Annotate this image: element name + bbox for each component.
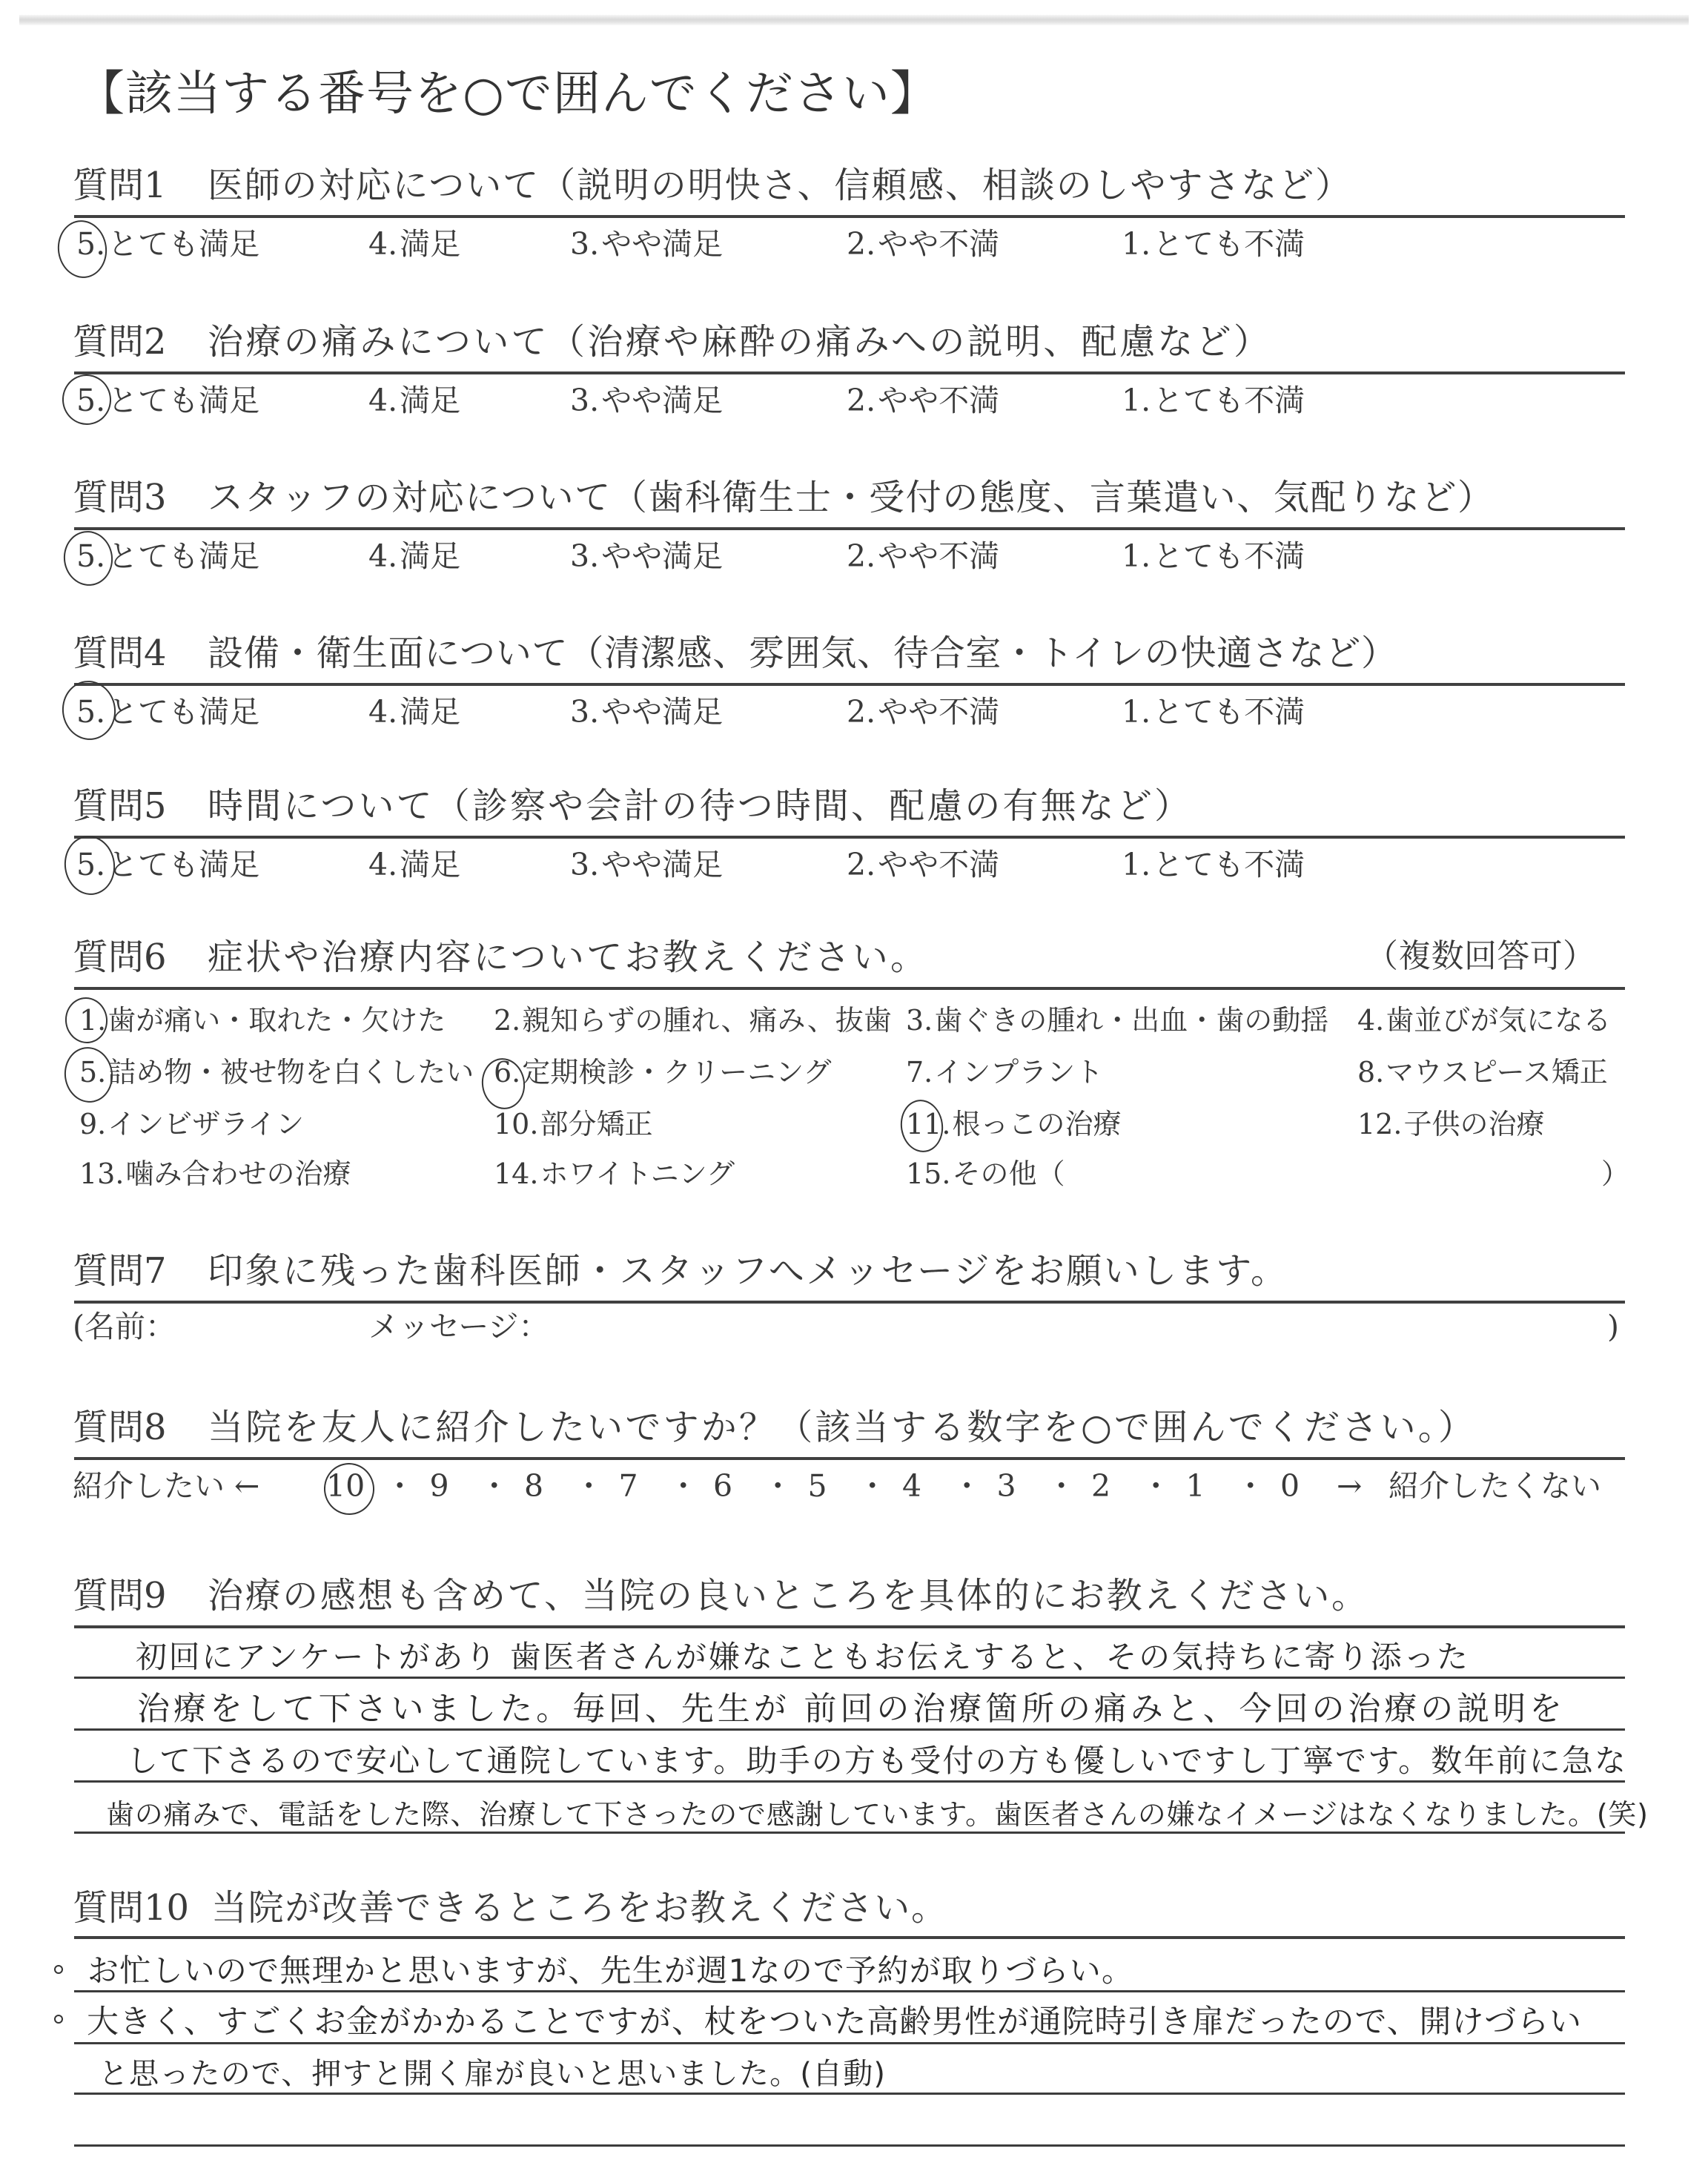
- symptom-option[interactable]: 12.子供の治療: [1357, 1110, 1544, 1138]
- option-label: 噛み合わせの治療: [125, 1157, 351, 1190]
- scale-value[interactable]: 9: [421, 1471, 458, 1502]
- name-label: (名前：: [73, 1312, 176, 1342]
- option-label: やや不満: [878, 847, 999, 882]
- option-label: やや不満: [878, 226, 999, 262]
- option-number: 4.: [368, 226, 397, 262]
- option-label: 満足: [400, 538, 460, 574]
- symptom-option[interactable]: 4.歯並びが気になる: [1357, 1006, 1611, 1034]
- scale-value[interactable]: 10: [326, 1471, 363, 1502]
- option-number: 5.: [76, 847, 105, 882]
- symptom-option-other[interactable]: 15.その他（: [906, 1160, 1065, 1188]
- scale-separator: ・: [857, 1471, 872, 1502]
- option-number: 5.: [76, 383, 105, 418]
- option-number: 8.: [1357, 1056, 1384, 1089]
- handwritten-answer-line[interactable]: お忙しいので無理かと思いますが、先生が週1なので予約が取りづらい。: [87, 1955, 1133, 1986]
- scale-separator: ・: [668, 1471, 683, 1502]
- option-number: 4.: [368, 847, 397, 882]
- rating-option-3[interactable]: 3.やや満足: [570, 850, 723, 880]
- handwritten-answer-line[interactable]: して下さるので安心して通院しています。助手の方も受付の方も優しいですし丁寧です。…: [127, 1745, 1626, 1777]
- ruled-line: [74, 1780, 1625, 1783]
- rating-option-5[interactable]: 5.とても満足: [76, 386, 259, 416]
- option-number: 3.: [570, 694, 599, 730]
- arrow-right-icon: →: [1337, 1471, 1362, 1502]
- question-text: 治療の痛みについて（治療や麻酔の痛みへの説明、配慮など）: [208, 324, 1269, 360]
- symptom-option[interactable]: 7.インプラント: [906, 1058, 1103, 1086]
- not-recommend-label: 紹介したくない: [1388, 1471, 1601, 1502]
- option-number: 15.: [906, 1157, 950, 1190]
- option-label: とても不満: [1153, 383, 1305, 418]
- rating-option-2[interactable]: 2.やや不満: [847, 697, 999, 727]
- option-label: インビザライン: [107, 1108, 304, 1140]
- rating-option-4[interactable]: 4.満足: [368, 541, 460, 572]
- arrow-left-icon: ←: [234, 1468, 259, 1504]
- option-label: ホワイトニング: [540, 1157, 735, 1190]
- ruled-line: [74, 2042, 1625, 2044]
- option-label: やや不満: [878, 538, 999, 574]
- scale-separator: ・: [385, 1471, 400, 1502]
- option-label: とても満足: [107, 694, 259, 730]
- option-number: 12.: [1357, 1108, 1402, 1140]
- option-label: やや満足: [601, 847, 723, 882]
- divider: [74, 1936, 1625, 1939]
- handwritten-answer-line[interactable]: 大きく、すごくお金がかかることですが、杖をついた高齢男性が通院時引き扉だったので…: [87, 2007, 1581, 2038]
- symptom-option[interactable]: 11.根っこの治療: [906, 1110, 1121, 1138]
- option-label: 満足: [400, 694, 460, 730]
- ruled-line: [74, 1677, 1625, 1679]
- rating-option-3[interactable]: 3.やや満足: [570, 697, 723, 727]
- rating-option-1[interactable]: 1.とても不満: [1122, 541, 1305, 572]
- multiple-answers-note: （複数回答可）: [1366, 940, 1595, 973]
- divider: [74, 371, 1625, 374]
- option-label: とても満足: [107, 538, 259, 574]
- rating-option-4[interactable]: 4.満足: [368, 850, 460, 880]
- handwritten-answer-line[interactable]: 初回にアンケートがあり 歯医者さんが嫌なこともお伝えすると、その気持ちに寄り添っ…: [136, 1642, 1468, 1673]
- option-number: 9.: [79, 1108, 106, 1140]
- rating-option-5[interactable]: 5.とても満足: [76, 697, 259, 727]
- scale-value[interactable]: 2: [1082, 1471, 1119, 1502]
- option-number: 2.: [847, 847, 875, 882]
- option-number: 2.: [847, 694, 875, 730]
- option-number: 4.: [368, 383, 397, 418]
- question-text: 治療の感想も含めて、当院の良いところを具体的にお教えください。: [208, 1578, 1367, 1614]
- option-label: とても満足: [107, 226, 259, 262]
- question-text: 医師の対応について（説明の明快さ、信頼感、相談のしやすさなど）: [208, 168, 1351, 203]
- ruled-line: [74, 2093, 1625, 2095]
- option-number: 1.: [1122, 694, 1151, 730]
- bullet-icon: [54, 2015, 63, 2024]
- option-label: やや満足: [601, 538, 723, 574]
- question-label: 質問4: [73, 635, 167, 671]
- ruled-line: [74, 1832, 1625, 1834]
- scan-edge-band: [19, 15, 1689, 25]
- scale-left-label: 紹介したい ←: [73, 1471, 259, 1502]
- symptom-option[interactable]: 6.定期検診・クリーニング: [494, 1058, 832, 1086]
- scale-value[interactable]: 4: [893, 1471, 930, 1502]
- divider: [74, 1457, 1625, 1460]
- option-number: 1.: [1122, 538, 1151, 574]
- divider: [74, 683, 1625, 686]
- option-label: 満足: [400, 226, 460, 262]
- option-label: 満足: [400, 847, 460, 882]
- option-label: 満足: [400, 383, 460, 418]
- option-label: とても不満: [1153, 694, 1305, 730]
- scale-separator: ・: [952, 1471, 967, 1502]
- message-label: メッセージ：: [368, 1312, 549, 1342]
- symptom-option[interactable]: 5.詰め物・被せ物を白くしたい: [79, 1058, 474, 1086]
- question-label: 質問9: [73, 1578, 167, 1614]
- scale-value[interactable]: 3: [988, 1471, 1025, 1502]
- option-label: やや満足: [601, 694, 723, 730]
- rating-option-3[interactable]: 3.やや満足: [570, 386, 723, 416]
- option-number: 2.: [847, 383, 875, 418]
- option-label: 部分矯正: [540, 1108, 652, 1140]
- handwritten-answer-line[interactable]: 治療をして下さいました。毎回、先生が 前回の治療箇所の痛みと、今回の治療の説明を: [137, 1693, 1562, 1725]
- rating-option-3[interactable]: 3.やや満足: [570, 541, 723, 572]
- option-label: やや満足: [601, 226, 723, 262]
- option-number: 4.: [1357, 1004, 1384, 1037]
- other-close-paren: ）: [1601, 1160, 1629, 1188]
- question-label: 質問3: [73, 480, 167, 515]
- symptom-option[interactable]: 1.歯が痛い・取れた・欠けた: [79, 1006, 446, 1034]
- rating-option-2[interactable]: 2.やや不満: [847, 541, 999, 572]
- scale-value[interactable]: 6: [704, 1471, 741, 1502]
- scale-value[interactable]: 5: [799, 1471, 836, 1502]
- rating-option-2[interactable]: 2.やや不満: [847, 386, 999, 416]
- option-label: とても不満: [1153, 538, 1305, 574]
- option-number: 11.: [906, 1108, 950, 1140]
- option-number: 2.: [847, 538, 875, 574]
- option-number: 5.: [76, 538, 105, 574]
- question-text: 症状や治療内容についてお教えください。: [208, 939, 926, 975]
- option-label: 親知らずの腫れ、痛み、抜歯: [522, 1004, 892, 1037]
- option-label: マウスピース矯正: [1386, 1056, 1607, 1089]
- option-number: 5.: [76, 226, 105, 262]
- symptom-option[interactable]: 3.歯ぐきの腫れ・出血・歯の動揺: [906, 1006, 1328, 1034]
- question-label: 質問5: [73, 788, 167, 824]
- rating-option-4[interactable]: 4.満足: [368, 229, 460, 260]
- scale-value[interactable]: 1: [1177, 1471, 1214, 1502]
- option-label: やや不満: [878, 694, 999, 730]
- option-number: 7.: [906, 1056, 933, 1089]
- question-text: スタッフの対応について（歯科衛生士・受付の態度、言葉遣い、気配りなど）: [208, 480, 1493, 515]
- option-number: 1.: [1122, 383, 1151, 418]
- recommend-label: 紹介したい: [73, 1468, 225, 1504]
- other-input-field[interactable]: [1097, 1160, 1601, 1188]
- option-number: 3.: [570, 847, 599, 882]
- option-label: 歯が痛い・取れた・欠けた: [107, 1004, 446, 1037]
- option-number: 4.: [368, 538, 397, 574]
- option-number: 3.: [570, 538, 599, 574]
- question-label: 質問7: [73, 1253, 167, 1289]
- rating-option-2[interactable]: 2.やや不満: [847, 850, 999, 880]
- ruled-line: [74, 1728, 1625, 1731]
- option-label: やや不満: [878, 383, 999, 418]
- option-number: 10.: [494, 1108, 538, 1140]
- question-text: 当院が改善できるところをお教えください。: [211, 1890, 947, 1926]
- rating-option-1[interactable]: 1.とても不満: [1122, 386, 1305, 416]
- divider: [74, 527, 1625, 530]
- scale-value[interactable]: 8: [515, 1471, 552, 1502]
- symptom-option[interactable]: 13.噛み合わせの治療: [79, 1160, 351, 1188]
- option-label: 定期検診・クリーニング: [522, 1056, 831, 1089]
- option-number: 13.: [79, 1157, 124, 1190]
- option-number: 6.: [494, 1056, 520, 1089]
- rating-option-1[interactable]: 1.とても不満: [1122, 850, 1305, 880]
- question-label: 質問8: [73, 1410, 167, 1445]
- divider: [74, 987, 1625, 990]
- option-label: 歯ぐきの腫れ・出血・歯の動揺: [934, 1004, 1328, 1037]
- option-label: やや満足: [601, 383, 723, 418]
- symptom-option[interactable]: 14.ホワイトニング: [494, 1160, 735, 1188]
- rating-option-4[interactable]: 4.満足: [368, 386, 460, 416]
- scale-separator: ・: [763, 1471, 778, 1502]
- bullet-icon: [54, 1965, 63, 1974]
- option-number: 1.: [1122, 847, 1151, 882]
- scale-separator: ・: [574, 1471, 589, 1502]
- handwritten-answer-line[interactable]: 歯の痛みで、電話をした際、治療して下さったので感謝しています。歯医者さんの嫌なイ…: [106, 1800, 1648, 1829]
- divider: [74, 215, 1625, 218]
- option-label: 歯並びが気になる: [1386, 1004, 1611, 1037]
- form-title: 【該当する番号を○で囲んでください】: [77, 70, 939, 118]
- symptom-option[interactable]: 10.部分矯正: [494, 1110, 652, 1138]
- rating-option-3[interactable]: 3.やや満足: [570, 229, 723, 260]
- ruled-line: [74, 2144, 1625, 2147]
- scale-separator: ・: [1141, 1471, 1156, 1502]
- option-number: 1.: [1122, 226, 1151, 262]
- option-number: 3.: [570, 383, 599, 418]
- symptom-option[interactable]: 9.インビザライン: [79, 1110, 304, 1138]
- name-input-field[interactable]: [171, 1312, 356, 1342]
- message-input-field[interactable]: [563, 1312, 1594, 1342]
- question-label: 質問10: [73, 1890, 189, 1926]
- question-text: 設備・衛生面について（清潔感、雰囲気、待合室・トイレの快適さなど）: [208, 635, 1397, 671]
- option-number: 4.: [368, 694, 397, 730]
- option-number: 3.: [906, 1004, 933, 1037]
- option-number: 2.: [847, 226, 875, 262]
- option-number: 5.: [76, 694, 105, 730]
- option-number: 5.: [79, 1056, 106, 1089]
- question-label: 質問1: [73, 168, 167, 203]
- ruled-line: [74, 1990, 1625, 1992]
- handwritten-answer-line[interactable]: と思ったので、押すと開く扉が良いと思いました。(自動): [99, 2059, 885, 2089]
- scale-value[interactable]: 7: [610, 1471, 647, 1502]
- question-text: 当院を友人に紹介したいですか？（該当する数字を○で囲んでください。）: [208, 1410, 1474, 1445]
- question-text: 時間について（診察や会計の待つ時間、配慮の有無など）: [208, 788, 1190, 824]
- option-label: とても満足: [107, 847, 259, 882]
- rating-option-5[interactable]: 5.とても満足: [76, 850, 259, 880]
- rating-option-1[interactable]: 1.とても不満: [1122, 229, 1305, 260]
- question-label: 質問6: [73, 939, 167, 975]
- rating-option-4[interactable]: 4.満足: [368, 697, 460, 727]
- option-number: 1.: [79, 1004, 106, 1037]
- question-label: 質問2: [73, 324, 167, 360]
- divider: [74, 1625, 1625, 1628]
- scale-separator: ・: [1235, 1471, 1250, 1502]
- recommend-scale: 10 ・ 9 ・ 8 ・ 7 ・ 6 ・ 5 ・ 4 ・ 3 ・ 2 ・ 1 ・…: [326, 1471, 1308, 1502]
- symptom-option[interactable]: 8.マウスピース矯正: [1357, 1058, 1608, 1086]
- option-label: とても不満: [1153, 226, 1305, 262]
- symptom-option[interactable]: 2.親知らずの腫れ、痛み、抜歯: [494, 1006, 892, 1034]
- divider: [74, 836, 1625, 839]
- option-number: 3.: [570, 226, 599, 262]
- rating-option-2[interactable]: 2.やや不満: [847, 229, 999, 260]
- option-number: 14.: [494, 1157, 538, 1190]
- rating-option-5[interactable]: 5.とても満足: [76, 229, 259, 260]
- scale-separator: ・: [1046, 1471, 1061, 1502]
- option-number: 2.: [494, 1004, 520, 1037]
- option-label: インプラント: [934, 1056, 1103, 1089]
- scale-separator: ・: [479, 1471, 494, 1502]
- close-paren: ): [1607, 1312, 1619, 1342]
- question-text: 印象に残った歯科医師・スタッフへメッセージをお願いします。: [208, 1253, 1286, 1289]
- option-label: 子供の治療: [1403, 1108, 1544, 1140]
- option-label: その他（: [952, 1157, 1065, 1190]
- divider: [74, 1301, 1625, 1304]
- option-label: 根っこの治療: [952, 1108, 1121, 1140]
- option-label: 詰め物・被せ物を白くしたい: [107, 1056, 474, 1089]
- scale-value[interactable]: 0: [1271, 1471, 1308, 1502]
- rating-option-1[interactable]: 1.とても不満: [1122, 697, 1305, 727]
- option-label: とても満足: [107, 383, 259, 418]
- option-label: とても不満: [1153, 847, 1305, 882]
- rating-option-5[interactable]: 5.とても満足: [76, 541, 259, 572]
